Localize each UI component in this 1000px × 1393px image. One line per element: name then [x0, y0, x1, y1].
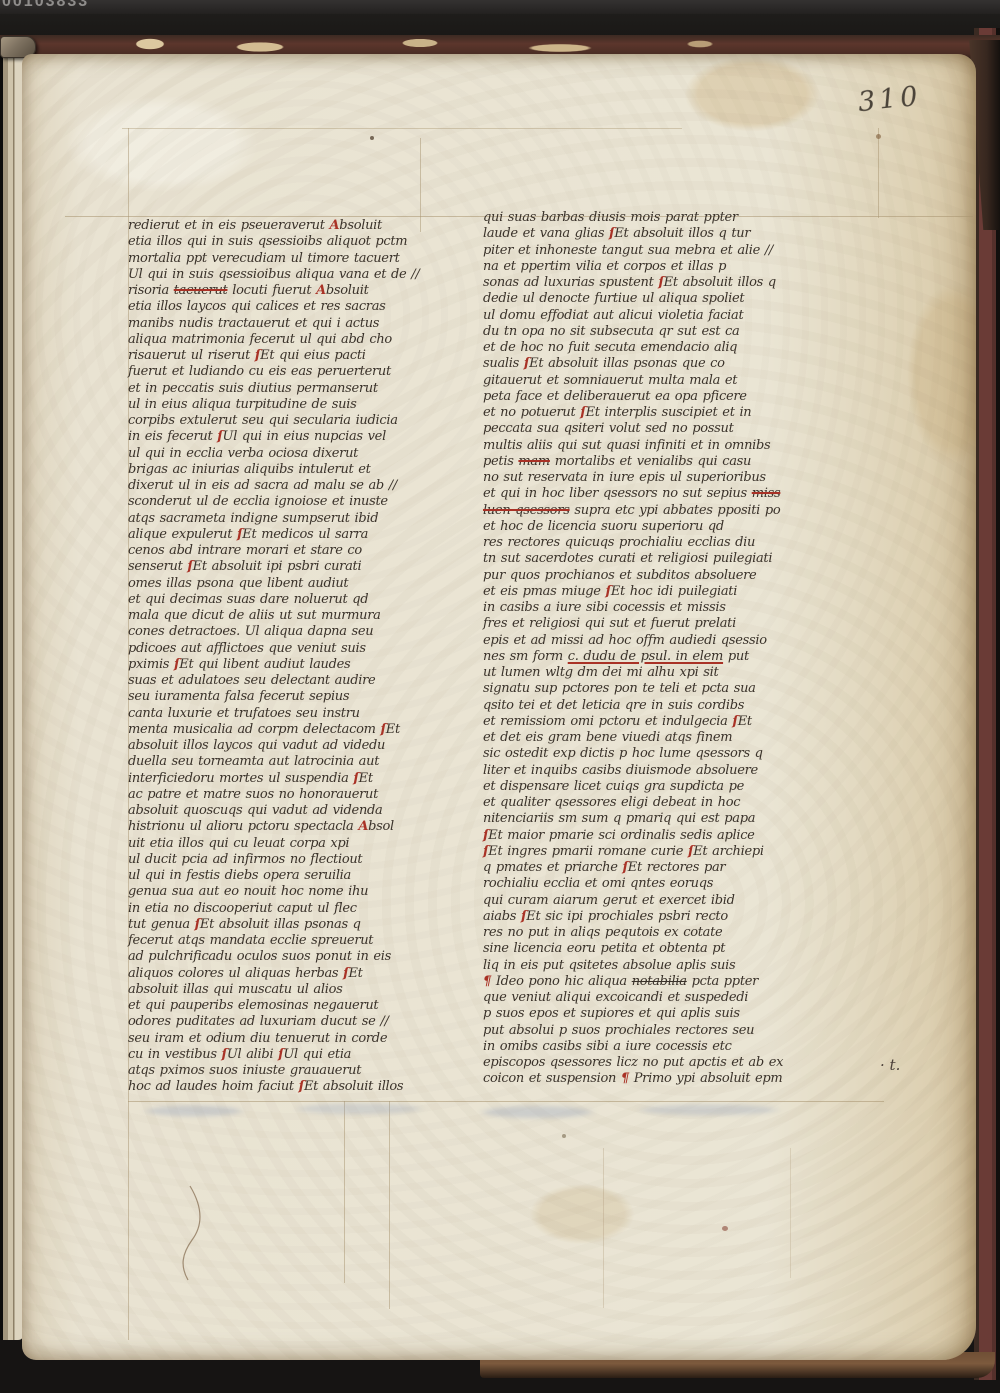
rubric-mark: ſ	[187, 559, 192, 574]
manuscript-text-line: qsito tei et det leticia qre in suis cor…	[483, 698, 841, 714]
manuscript-text-line: res rectores quicuqs prochialiu ecclias …	[483, 535, 841, 551]
manuscript-text-line: petis mam mortalibs et venialibs qui cas…	[483, 454, 841, 470]
rubric-mark: ſ	[658, 275, 663, 290]
rubric-mark: ſ	[299, 1079, 304, 1094]
manuscript-text-line: interficiedoru mortes ul suspendia ſEt	[128, 771, 462, 787]
rubric-mark: ſ	[524, 356, 529, 371]
manuscript-text-line: q pmates et priarche ſEt rectores par	[483, 860, 841, 876]
manuscript-text-line: et qui in hoc liber qsessors no sut sepi…	[483, 486, 841, 502]
manuscript-text-line: etia illos laycos qui calices et res sac…	[128, 299, 462, 315]
manuscript-text-line: multis aliis qui sut quasi infiniti et i…	[483, 438, 841, 454]
stain-speck	[876, 134, 881, 139]
ruling-line-top-1	[122, 128, 682, 129]
manuscript-text-line: epis et ad missi ad hoc offm audiedi qse…	[483, 633, 841, 649]
manuscript-text-line: aliquos colores ul aliquas herbas ſEt	[128, 966, 462, 982]
manuscript-text-line: ad pulchrificadu oculos suos ponut in ei…	[128, 949, 462, 965]
manuscript-text-line: peta face et deliberauerut ea opa pficer…	[483, 389, 841, 405]
manuscript-text-line: sonas ad luxurias spustent ſEt absoluit …	[483, 275, 841, 291]
rubric-mark: ſ	[622, 860, 627, 875]
manuscript-text-line: ſEt maior pmarie sci ordinalis sedis apl…	[483, 828, 841, 844]
manuscript-text-line: cones detractoes. Ul aliqua dapna seu	[128, 624, 462, 640]
manuscript-text-line: sconderut ul de ecclia ignoiose et inust…	[128, 494, 462, 510]
manuscript-text-line: et qui decimas suas dare noluerut qd	[128, 592, 462, 608]
manuscript-text-line: risoria tacuerut locuti fuerut Absoluit	[128, 283, 462, 299]
manuscript-text-line: et qui pauperibs elemosinas negauerut	[128, 998, 462, 1014]
manuscript-text-line: seu iuramenta falsa fecerut sepius	[128, 689, 462, 705]
rubric-mark: ſ	[222, 1047, 227, 1062]
scan-id-band: 00103833	[0, 0, 1000, 14]
manuscript-text-line: etia illos qui in suis qsessioibs aliquo…	[128, 234, 462, 250]
ink-speck	[370, 136, 374, 140]
verso-show-through	[128, 1100, 788, 1122]
manuscript-text-line: ul domu effodiat aut alicui violetia fac…	[483, 308, 841, 324]
correction-mark: miss	[752, 486, 781, 501]
manuscript-text-line: menta musicalia ad corpm delectacom ſEt	[128, 722, 462, 738]
manuscript-text-line: episcopos qsessores licz no put apctis e…	[483, 1055, 841, 1071]
manuscript-text-line: et eis pmas miuge ſEt hoc idi puilegiati	[483, 584, 841, 600]
rubric-mark: ſ	[380, 722, 385, 737]
ruling-line-bottom	[128, 1101, 884, 1102]
rubric-mark: ſ	[606, 584, 611, 599]
manuscript-text-line: ¶ Ideo pono hic aliqua notabilia pcta pp…	[483, 974, 841, 990]
manuscript-text-line: et qualiter qsessores eligi debeat in ho…	[483, 795, 841, 811]
manuscript-text-line: signatu sup pctores pon te teli et pcta …	[483, 681, 841, 697]
correction-mark: mam	[518, 454, 550, 469]
manuscript-text-line: omes illas psona que libent audiut	[128, 576, 462, 592]
manuscript-text-line: nitenciariis sm sum q pmariq qui est pap…	[483, 811, 841, 827]
manuscript-text-line: brigas ac iniurias aliquibs intulerut et	[128, 462, 462, 478]
manuscript-text-line: canta luxurie et trufatoes seu instru	[128, 706, 462, 722]
manuscript-text-line: histrionu ul alioru pctoru spectacla Abs…	[128, 819, 462, 835]
manuscript-text-line: uit etia illos qui cu leuat corpa xpi	[128, 836, 462, 852]
manuscript-text-line: laude et vana glias ſEt absoluit illos q…	[483, 226, 841, 242]
manuscript-text-line: sualis ſEt absoluit illas psonas que co	[483, 356, 841, 372]
manuscript-text-line: peccata sua qsiteri volut sed no possut	[483, 421, 841, 437]
manuscript-text-line: na et ppertim vilia et corpos et illas p	[483, 259, 841, 275]
manuscript-text-line: aiabs ſEt sic ipi prochiales psbri recto	[483, 909, 841, 925]
manuscript-text-line: dixerut ul in eis ad sacra ad malu se ab…	[128, 478, 462, 494]
manuscript-text-line: absoluit illas qui muscatu ul alios	[128, 982, 462, 998]
manuscript-text-line: cenos abd intrare morari et stare co	[128, 543, 462, 559]
manuscript-text-line: ut lumen wltg dm dei mi alhu xpi sit	[483, 665, 841, 681]
stain-speck-2	[722, 1226, 728, 1231]
manuscript-column-left: redierut et in eis pseueraverut Absoluit…	[128, 218, 462, 1096]
manuscript-text-line: risauerut ul riserut ſEt qui eius pacti	[128, 348, 462, 364]
manuscript-text-line: liter et inquibs casibs diuismode absolu…	[483, 763, 841, 779]
manuscript-text-line: duella seu torneamta aut latrocinia aut	[128, 754, 462, 770]
manuscript-text-line: ul in eius aliqua turpitudine de suis	[128, 397, 462, 413]
manuscript-text-line: atqs pximos suos iniuste grauauerut	[128, 1063, 462, 1079]
parchment-page: 310 redierut et in eis pseueraverut Abso…	[22, 54, 976, 1360]
manuscript-text-line: put absolui p suos prochiales rectores s…	[483, 1023, 841, 1039]
manuscript-text-line: res no put in aliqs pequtois ex cotate	[483, 925, 841, 941]
rubric-mark: ſ	[353, 771, 358, 786]
rubric-mark: ſ	[237, 527, 242, 542]
manuscript-text-line: coicon et suspension ¶ Primo ypi absolui…	[483, 1071, 841, 1087]
ruling-line-lower-margin-3	[603, 1148, 604, 1308]
manuscript-text-line: du tn opa no sit subsecuta qr sut est ca	[483, 324, 841, 340]
correction-mark: tacuerut	[174, 283, 228, 298]
manuscript-text-line: hoc ad laudes hoim faciut ſEt absoluit i…	[128, 1079, 462, 1095]
manuscript-text-line: sine licencia eoru petita et obtenta pt	[483, 941, 841, 957]
rubric-mark: A	[358, 819, 368, 834]
manuscript-text-line: pximis ſEt qui libent audiut laudes	[128, 657, 462, 673]
manuscript-text-line: fres et religiosi qui sut et fuerut prel…	[483, 616, 841, 632]
manuscript-text-line: et no potuerut ſEt interplis suscipiet e…	[483, 405, 841, 421]
manuscript-text-line: ul qui in festis diebs opera seruilia	[128, 868, 462, 884]
manuscript-text-line: ul qui in ecclia verba ociosa dixerut	[128, 446, 462, 462]
manuscript-text-line: et dispensare licet cuiqs gra supdicta p…	[483, 779, 841, 795]
manuscript-text-line: que veniut aliqui excoicandi et suspeded…	[483, 990, 841, 1006]
manuscript-text-line: in etia no discooperiut caput ul flec	[128, 901, 462, 917]
manuscript-text-line: in eis fecerut ſUl qui in eius nupcias v…	[128, 429, 462, 445]
manuscript-text-line: sic ostedit exp dictis p hoc lume qsesso…	[483, 746, 841, 762]
archive-id-text: 00103833	[2, 0, 89, 11]
rubric-mark: ſ	[255, 348, 260, 363]
manuscript-text-line: senserut ſEt absoluit ipi psbri curati	[128, 559, 462, 575]
rubric-mark: ſ	[580, 405, 585, 420]
manuscript-text-line: liq in eis put qsitetes absolue aplis su…	[483, 958, 841, 974]
rubric-mark: ¶	[483, 974, 491, 989]
manuscript-text-line: cu in vestibus ſUl alibi ſUl qui etia	[128, 1047, 462, 1063]
manuscript-text-line: seu iram et odium diu tenuerut in corde	[128, 1031, 462, 1047]
manuscript-text-line: Ul qui in suis qsessioibus aliqua vana e…	[128, 267, 462, 283]
manuscript-text-line: mala que dicut de aliis ut sut murmura	[128, 608, 462, 624]
manuscript-text-line: alique expulerut ſEt medicos ul sarra	[128, 527, 462, 543]
manuscript-text-line: absoluit illos laycos qui vadut ad vided…	[128, 738, 462, 754]
rubric-mark: ſ	[521, 909, 526, 924]
manuscript-text-line: rochialiu ecclia et omi qntes eoruqs	[483, 876, 841, 892]
manuscript-text-line: suas et adulatoes seu delectant audire	[128, 673, 462, 689]
manuscript-text-line: no sut reservata in iure epis ul superio…	[483, 470, 841, 486]
rubric-mark: ſ	[217, 429, 222, 444]
manuscript-text-line: dedie ul denocte furtiue ul aliqua spoli…	[483, 291, 841, 307]
rubric-mark: ſ	[732, 714, 737, 729]
manuscript-text-line: tut genua ſEt absoluit illas psonas q	[128, 917, 462, 933]
manuscript-text-line: tn sut sacerdotes curati et religiosi pu…	[483, 551, 841, 567]
correction-mark: luen qsessors	[483, 503, 570, 518]
stain-speck-3	[562, 1134, 566, 1138]
manuscript-text-line: gitauerut et somniauerut multa mala et	[483, 373, 841, 389]
rubric-mark: A	[316, 283, 326, 298]
manuscript-text-line: absoluit quoscuqs qui vadut ad videnda	[128, 803, 462, 819]
manuscript-text-line: ſEt ingres pmarii romane curie ſEt archi…	[483, 844, 841, 860]
rubric-mark: ſ	[278, 1047, 283, 1062]
correction-mark: notabilia	[632, 974, 687, 989]
manuscript-text-line: luen qsessors supra etc ypi abbates ppos…	[483, 503, 841, 519]
book-cover-right-edge	[974, 28, 1000, 1380]
correction-mark: c. dudu de psul. in elem	[568, 649, 723, 664]
manuscript-text-line: et de hoc no fuit secuta emendacio aliq	[483, 340, 841, 356]
manuscript-text-line: fecerut atqs mandata ecclie spreuerut	[128, 933, 462, 949]
rubric-mark: ſ	[688, 844, 693, 859]
manuscript-text-line: fuerut et ludiando cu eis eas peruerteru…	[128, 364, 462, 380]
manuscript-text-line: et in peccatis suis diutius permanserut	[128, 381, 462, 397]
manuscript-text-line: in omibs casibs sibi a iure cocessis etc	[483, 1039, 841, 1055]
manuscript-text-line: manibs nudis tractauerut et qui i actus	[128, 316, 462, 332]
manuscript-text-line: pdicoes aut afflictoes que veniut suis	[128, 641, 462, 657]
manuscript-text-line: corpibs extulerut seu qui secularia iudi…	[128, 413, 462, 429]
page-edges-left	[0, 48, 24, 1340]
rubric-mark: ſ	[483, 828, 488, 843]
ruling-line-lower-margin-1	[344, 1101, 345, 1283]
manuscript-text-line: pur quos prochianos et subditos absoluer…	[483, 568, 841, 584]
manuscript-text-line: genua sua aut eo nouit hoc nome ihu	[128, 884, 462, 900]
manuscript-text-line: ul ducit pcia ad infirmos no flectiout	[128, 852, 462, 868]
manuscript-scan: 00103833 310 redierut et in eis pseuerav…	[0, 0, 1000, 1393]
ruling-line-lower-margin-4	[790, 1148, 791, 1278]
manuscript-text-line: p suos epos et supiores et qui aplis sui…	[483, 1006, 841, 1022]
rubric-mark: A	[330, 218, 340, 233]
folio-number: 310	[857, 81, 923, 118]
manuscript-text-line: et hoc de licencia suoru superioru qd	[483, 519, 841, 535]
rubric-mark: ¶	[621, 1071, 629, 1086]
manuscript-text-line: odores puditates ad luxuriam ducut se //	[128, 1014, 462, 1030]
manuscript-text-line: nes sm form c. dudu de psul. in elem put	[483, 649, 841, 665]
manuscript-text-line: et remissiom omi pctoru et indulgecia ſE…	[483, 714, 841, 730]
hair-fiber-mark	[172, 1184, 212, 1284]
rubric-mark: ſ	[343, 966, 348, 981]
rubric-mark: ſ	[174, 657, 179, 672]
manuscript-text-line: qui suas barbas diusis mois parat ppter	[483, 210, 841, 226]
rubric-mark: ſ	[483, 844, 488, 859]
ruling-line-right-vertical	[878, 128, 879, 218]
manuscript-text-line: ac patre et matre suos no honorauerut	[128, 787, 462, 803]
rubric-mark: ſ	[195, 917, 200, 932]
manuscript-column-right: qui suas barbas diusis mois parat ppterl…	[483, 210, 841, 1088]
manuscript-text-line: redierut et in eis pseueraverut Absoluit	[128, 218, 462, 234]
rubric-mark: ſ	[609, 226, 614, 241]
manuscript-text-line: piter et inhoneste tangut sua mebra et a…	[483, 243, 841, 259]
manuscript-text-line: qui curam aiarum gerut et exercet ibid	[483, 893, 841, 909]
margin-catchword: · t.	[880, 1056, 900, 1074]
manuscript-text-line: in casibs a iure sibi cocessis et missis	[483, 600, 841, 616]
manuscript-text-line: et det eis gram bene viuedi atqs finem	[483, 730, 841, 746]
manuscript-text-line: atqs sacrameta indigne sumpserut ibid	[128, 511, 462, 527]
manuscript-text-line: mortalia ppt verecudiam ul timore tacuer…	[128, 251, 462, 267]
ruling-line-lower-margin-2	[389, 1101, 390, 1309]
manuscript-text-line: aliqua matrimonia fecerut ul qui abd cho	[128, 332, 462, 348]
